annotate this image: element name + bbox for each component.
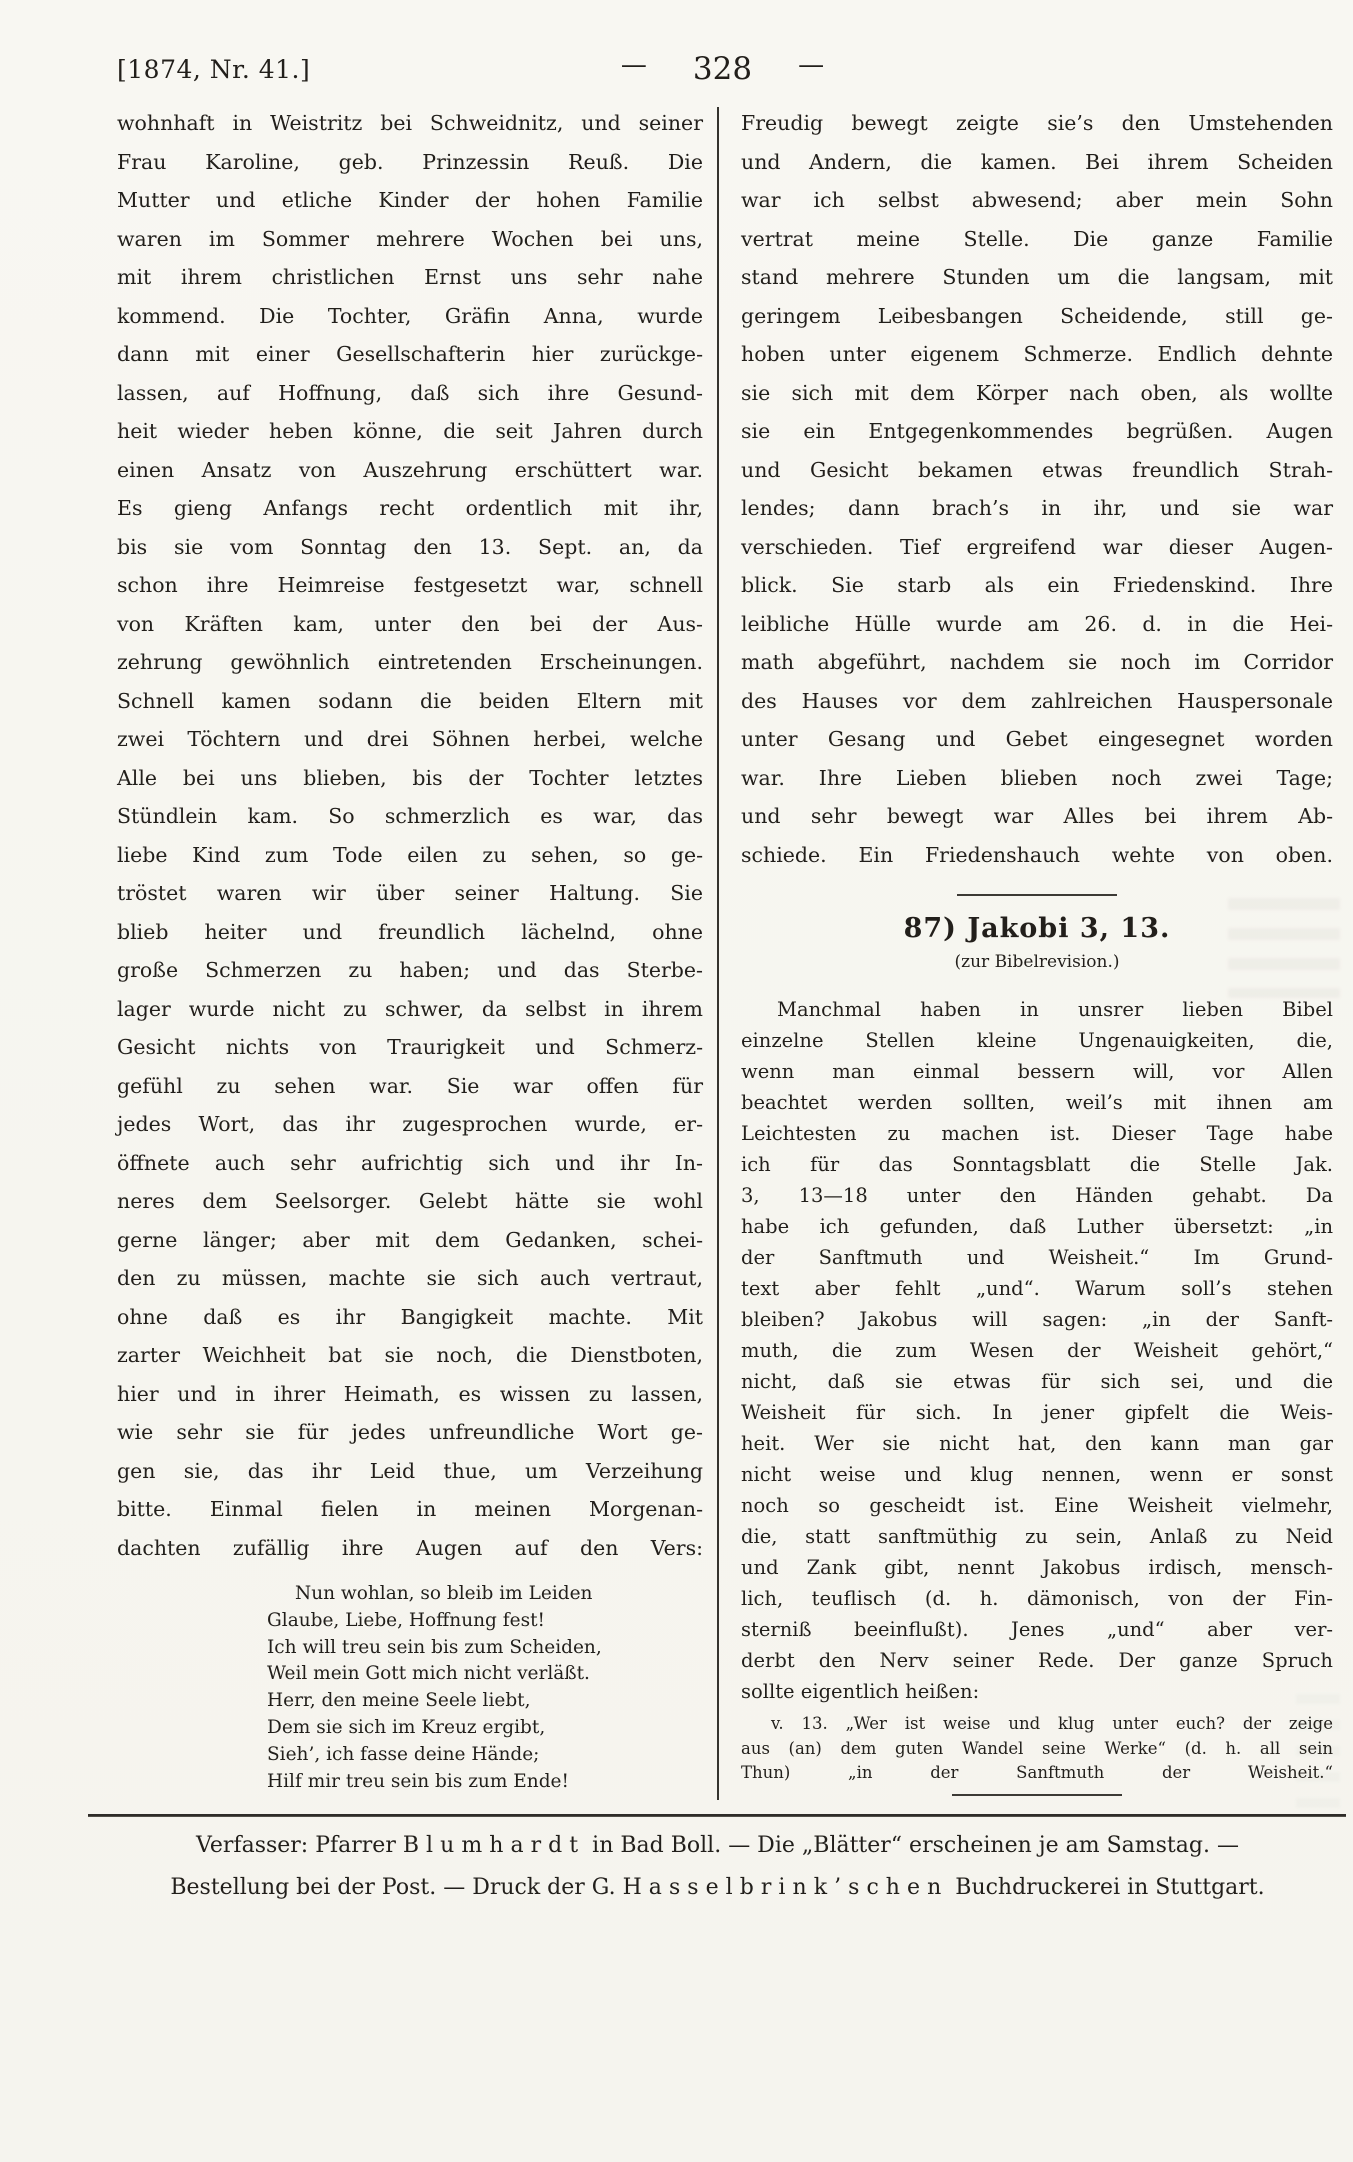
text-line: dachten zufällig ihre Augen auf den Vers… <box>117 1529 703 1568</box>
footer-line-2: Bestellung bei der Post. — Druck der G. … <box>90 1868 1345 1908</box>
text-line: mit ihrem christlichen Ernst uns sehr na… <box>117 258 703 297</box>
footer-printer-name: Hasselbrink’schen <box>623 1875 949 1900</box>
text-line: geringem Leibesbangen Scheidende, still … <box>741 297 1333 336</box>
text-line: Freudig bewegt zeigte sie’s den Umstehen… <box>741 104 1333 143</box>
quote-line: v. 13. „Wer ist weise und klug unter euc… <box>741 1712 1333 1737</box>
poem-line: Nun wohlan, so bleib im Leiden <box>267 1581 703 1608</box>
text-line: gerne länger; aber mit dem Gedanken, sch… <box>117 1221 703 1260</box>
text-line: Gesicht nichts von Traurigkeit und Schme… <box>117 1028 703 1067</box>
text-line: habe ich gefunden, daß Luther übersetzt:… <box>741 1211 1333 1242</box>
text-line: zwei Töchtern und drei Söhnen herbei, we… <box>117 720 703 759</box>
text-line: wie sehr sie für jedes unfreundliche Wor… <box>117 1413 703 1452</box>
text-line: sie sich mit dem Körper nach oben, als w… <box>741 374 1333 413</box>
text-line: Manchmal haben in unsrer lieben Bibel <box>741 994 1333 1025</box>
footer-publication-info: in Bad Boll. — Die „Blätter“ erscheinen … <box>585 1833 1239 1858</box>
text-line: war ich selbst abwesend; aber mein Sohn <box>741 181 1333 220</box>
text-line: noch so gescheidt ist. Eine Weisheit vie… <box>741 1490 1333 1521</box>
text-line: Alle bei uns blieben, bis der Tochter le… <box>117 759 703 798</box>
article-body-text: Manchmal haben in unsrer lieben Bibelein… <box>741 994 1333 1707</box>
text-line: der Sanftmuth und Weisheit.“ Im Grund- <box>741 1242 1333 1273</box>
text-line: lager wurde nicht zu schwer, da selbst i… <box>117 990 703 1029</box>
text-line: sie ein Entgegenkommendes begrüßen. Auge… <box>741 412 1333 451</box>
page-number: —328— <box>115 50 1330 87</box>
text-line: Es gieng Anfangs recht ordentlich mit ih… <box>117 489 703 528</box>
text-line: den zu müssen, machte sie sich auch vert… <box>117 1259 703 1298</box>
text-line: nicht weise und klug nennen, wenn er son… <box>741 1459 1333 1490</box>
text-line: unter Gesang und Gebet eingesegnet worde… <box>741 720 1333 759</box>
text-line: bitte. Einmal fielen in meinen Morgenan- <box>117 1490 703 1529</box>
text-line: verschieden. Tief ergreifend war dieser … <box>741 528 1333 567</box>
footer-line-1: Verfasser: Pfarrer Blumhardt in Bad Boll… <box>90 1826 1345 1866</box>
text-line: große Schmerzen zu haben; und das Sterbe… <box>117 951 703 990</box>
footer-printer-location: Buchdruckerei in Stuttgart. <box>948 1875 1264 1900</box>
poem-line: Sieh’, ich fasse deine Hände; <box>267 1742 703 1769</box>
poem-line: Weil mein Gott mich nicht verläßt. <box>267 1661 703 1688</box>
text-line: öffnete auch sehr aufrichtig sich und ih… <box>117 1144 703 1183</box>
text-line: text aber fehlt „und“. Warum soll’s steh… <box>741 1273 1333 1304</box>
poem-line: Dem sie sich im Kreuz ergibt, <box>267 1715 703 1742</box>
scanned-page: [1874, Nr. 41.] —328— wohnhaft in Weistr… <box>0 0 1353 2162</box>
text-line: war. Ihre Lieben blieben noch zwei Tage; <box>741 759 1333 798</box>
text-line: waren im Sommer mehrere Wochen bei uns, <box>117 220 703 259</box>
text-line: muth, die zum Wesen der Weisheit gehört,… <box>741 1335 1333 1366</box>
text-line: bleiben? Jakobus will sagen: „in der San… <box>741 1304 1333 1335</box>
text-line: jedes Wort, das ihr zugesprochen wurde, … <box>117 1105 703 1144</box>
text-line: von Kräften kam, unter den bei der Aus- <box>117 605 703 644</box>
text-line: Schnell kamen sodann die beiden Eltern m… <box>117 682 703 721</box>
text-line: nicht, daß sie etwas für sich sei, und d… <box>741 1366 1333 1397</box>
obituary-continuation-text: wohnhaft in Weistritz bei Schweidnitz, u… <box>117 104 703 1567</box>
text-line: ich für das Sonntagsblatt die Stelle Jak… <box>741 1149 1333 1180</box>
text-line: lendes; dann brach’s in ihr, und sie war <box>741 489 1333 528</box>
text-line: liebe Kind zum Tode eilen zu sehen, so g… <box>117 836 703 875</box>
text-line: blick. Sie starb als ein Friedenskind. I… <box>741 566 1333 605</box>
text-line: lassen, auf Hoffnung, daß sich ihre Gesu… <box>117 374 703 413</box>
text-line: des Hauses vor dem zahlreichen Hausperso… <box>741 682 1333 721</box>
poem-line: Glaube, Liebe, Hoffnung fest! <box>267 1608 703 1635</box>
text-line: dann mit einer Gesellschafterin hier zur… <box>117 335 703 374</box>
text-line: und Andern, die kamen. Bei ihrem Scheide… <box>741 143 1333 182</box>
text-line: schon ihre Heimreise festgesetzt war, sc… <box>117 566 703 605</box>
text-line: heit wieder heben könne, die seit Jahren… <box>117 412 703 451</box>
text-line: hier und in ihrer Heimath, es wissen zu … <box>117 1375 703 1414</box>
column-divider <box>717 107 719 1800</box>
poem-line: Hilf mir treu sein bis zum Ende! <box>267 1769 703 1796</box>
text-line: schiede. Ein Friedenshauch wehte von obe… <box>741 836 1333 875</box>
section-divider-rule <box>957 894 1117 896</box>
text-line: zehrung gewöhnlich eintretenden Erschein… <box>117 643 703 682</box>
text-line: einen Ansatz von Auszehrung erschüttert … <box>117 451 703 490</box>
footer-order-info: Bestellung bei der Post. — Druck der G. <box>170 1875 622 1900</box>
poem-block: Nun wohlan, so bleib im LeidenGlaube, Li… <box>267 1581 703 1795</box>
text-line: stand mehrere Stunden um die langsam, mi… <box>741 258 1333 297</box>
section-end-rule <box>952 1794 1122 1796</box>
poem-line: Herr, den meine Seele liebt, <box>267 1688 703 1715</box>
article-heading: 87) Jakobi 3, 13. <box>741 912 1333 946</box>
text-line: zarter Weichheit bat sie noch, die Diens… <box>117 1336 703 1375</box>
quote-line: Thun) „in der Sanftmuth der Weisheit.“ <box>741 1761 1333 1786</box>
text-line: sollte eigentlich heißen: <box>741 1676 1333 1707</box>
text-line: und sehr bewegt war Alles bei ihrem Ab- <box>741 797 1333 836</box>
text-line: gefühl zu sehen war. Sie war offen für <box>117 1067 703 1106</box>
text-line: Mutter und etliche Kinder der hohen Fami… <box>117 181 703 220</box>
footer-rule <box>88 1814 1346 1817</box>
text-line: Frau Karoline, geb. Prinzessin Reuß. Die <box>117 143 703 182</box>
text-line: heit. Wer sie nicht hat, den kann man ga… <box>741 1428 1333 1459</box>
text-line: wohnhaft in Weistritz bei Schweidnitz, u… <box>117 104 703 143</box>
footer-author-pre: Verfasser: Pfarrer <box>196 1833 403 1858</box>
text-line: neres dem Seelsorger. Gelebt hätte sie w… <box>117 1182 703 1221</box>
text-line: kommend. Die Tochter, Gräfin Anna, wurde <box>117 297 703 336</box>
text-line: vertrat meine Stelle. Die ganze Familie <box>741 220 1333 259</box>
quote-line: aus (an) dem guten Wandel seine Werke“ (… <box>741 1737 1333 1762</box>
text-line: Stündlein kam. So schmerzlich es war, da… <box>117 797 703 836</box>
footer-author-name: Blumhardt <box>403 1833 585 1858</box>
text-line: tröstet waren wir über seiner Haltung. S… <box>117 874 703 913</box>
page-number-value: 328 <box>693 51 752 87</box>
text-line: ohne daß es ihr Bangigkeit machte. Mit <box>117 1298 703 1337</box>
right-column: Freudig bewegt zeigte sie’s den Umstehen… <box>741 104 1333 1796</box>
text-line: hoben unter eigenem Schmerze. Endlich de… <box>741 335 1333 374</box>
text-line: 3, 13—18 unter den Händen gehabt. Da <box>741 1180 1333 1211</box>
text-line: Weisheit für sich. In jener gipfelt die … <box>741 1397 1333 1428</box>
text-line: lich, teuflisch (d. h. dämonisch, von de… <box>741 1583 1333 1614</box>
text-line: und Zank gibt, nennt Jakobus irdisch, me… <box>741 1552 1333 1583</box>
text-line: leibliche Hülle wurde am 26. d. in die H… <box>741 605 1333 644</box>
text-line: derbt den Nerv seiner Rede. Der ganze Sp… <box>741 1645 1333 1676</box>
text-line: gen sie, das ihr Leid thue, um Verzeihun… <box>117 1452 703 1491</box>
poem-line: Ich will treu sein bis zum Scheiden, <box>267 1635 703 1662</box>
text-line: die, statt sanftmüthig zu sein, Anlaß zu… <box>741 1521 1333 1552</box>
text-line: math abgeführt, nachdem sie noch im Corr… <box>741 643 1333 682</box>
text-line: sterniß beeinflußt). Jenes „und“ aber ve… <box>741 1614 1333 1645</box>
text-line: beachtet werden sollten, weil’s mit ihne… <box>741 1087 1333 1118</box>
left-column: wohnhaft in Weistritz bei Schweidnitz, u… <box>117 104 703 1795</box>
text-line: bis sie vom Sonntag den 13. Sept. an, da <box>117 528 703 567</box>
text-line: Leichtesten zu machen ist. Dieser Tage h… <box>741 1118 1333 1149</box>
bible-quote-block: v. 13. „Wer ist weise und klug unter euc… <box>741 1712 1333 1786</box>
text-line: und Gesicht bekamen etwas freundlich Str… <box>741 451 1333 490</box>
article-subheading: (zur Bibelrevision.) <box>741 952 1333 972</box>
text-line: blieb heiter und freundlich lächelnd, oh… <box>117 913 703 952</box>
text-line: wenn man einmal bessern will, vor Allen <box>741 1056 1333 1087</box>
page-number-dash: — <box>621 50 647 80</box>
text-line: einzelne Stellen kleine Ungenauigkeiten,… <box>741 1025 1333 1056</box>
page-number-dash: — <box>798 50 824 80</box>
obituary-closing-text: Freudig bewegt zeigte sie’s den Umstehen… <box>741 104 1333 874</box>
